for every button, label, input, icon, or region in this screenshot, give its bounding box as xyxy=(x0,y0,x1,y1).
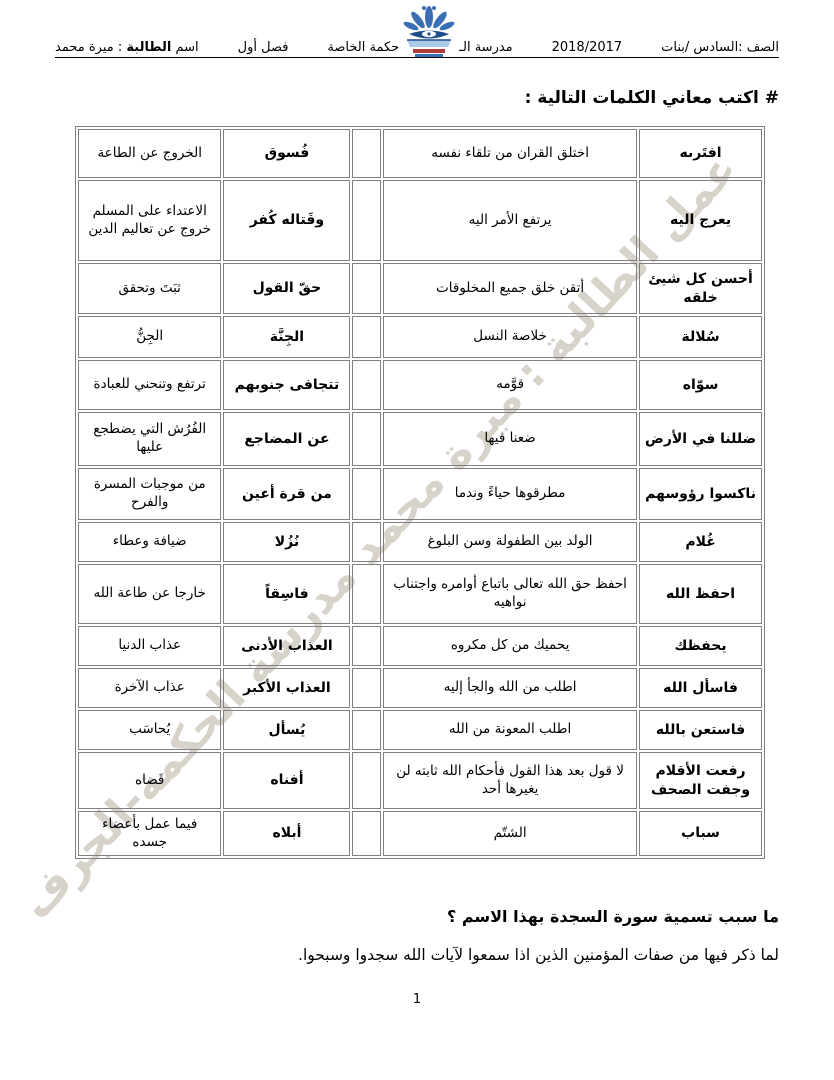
separator-cell xyxy=(352,752,381,809)
vocab-word-cell: سوّاه xyxy=(639,360,762,410)
separator-cell xyxy=(352,263,381,314)
vocab-word-cell: سُلالة xyxy=(639,316,762,358)
vocab-meaning-cell: الاعتداء على المسلم خروج عن تعاليم الدين xyxy=(78,180,221,261)
vocab-meaning-cell: الخروج عن الطاعة xyxy=(78,129,221,178)
student-label: الطالبة xyxy=(126,40,171,55)
vocab-word-cell: تتجافى جنوبهم xyxy=(223,360,350,410)
table-row: احفظ اللهاحفظ حق الله تعالى باتباع أوامر… xyxy=(78,564,762,624)
vocab-meaning-cell: قوَّمه xyxy=(383,360,637,410)
page-number: 1 xyxy=(0,992,834,1007)
worksheet-title: # اكتب معاني الكلمات التالية : xyxy=(55,88,779,108)
vocab-word-cell: حقّ القول xyxy=(223,263,350,314)
vocab-meaning-cell: عذاب الآخرة xyxy=(78,668,221,708)
vocab-table-body: افتَرىهاختلق القران من تلقاء نفسهفُسوقال… xyxy=(78,129,762,856)
vocab-word-cell: فاسأل الله xyxy=(639,668,762,708)
vocab-meaning-cell: الفُرُش التي يضطجع عليها xyxy=(78,412,221,466)
table-row: سُلالةخلاصة النسلالجِنَّةالجِنُّ xyxy=(78,316,762,358)
separator-cell xyxy=(352,668,381,708)
table-row: سوّاهقوَّمهتتجافى جنوبهمترتفع وتنحني للع… xyxy=(78,360,762,410)
table-row: يحفظكيحميك من كل مكروهالعذاب الأدنىعذاب … xyxy=(78,626,762,666)
vocab-meaning-cell: الشتّم xyxy=(383,811,637,856)
vocab-word-cell: أفناه xyxy=(223,752,350,809)
vocab-meaning-cell: ثبَتَ وتحقق xyxy=(78,263,221,314)
separator-cell xyxy=(352,522,381,562)
vocab-word-cell: ناكسوا رؤوسهم xyxy=(639,468,762,520)
vocab-word-cell: العذاب الأكبر xyxy=(223,668,350,708)
vocab-meaning-cell: الولد بين الطفولة وسن البلوغ xyxy=(383,522,637,562)
vocab-word-cell: يحفظك xyxy=(639,626,762,666)
vocab-meaning-cell: الجِنُّ xyxy=(78,316,221,358)
vocab-meaning-cell: يرتفع الأمر اليه xyxy=(383,180,637,261)
vocab-meaning-cell: لا قول بعد هذا القول فأحكام الله ثابته ل… xyxy=(383,752,637,809)
page-header: الصف :السادس /بنات 2018/2017 مدرسة الـ xyxy=(55,0,779,58)
vocab-word-cell: يُسأل xyxy=(223,710,350,750)
table-row: رفعت الأقلام وجفت الصحفلا قول بعد هذا ال… xyxy=(78,752,762,809)
vocab-word-cell: نُزُلا xyxy=(223,522,350,562)
vocab-meaning-cell: احفظ حق الله تعالى باتباع أوامره واجتناب… xyxy=(383,564,637,624)
vocab-word-cell: عن المضاجع xyxy=(223,412,350,466)
answer-text: لما ذكر فيها من صفات المؤمنين الذين اذا … xyxy=(55,946,779,964)
vocab-word-cell: سباب xyxy=(639,811,762,856)
table-row: سبابالشتّمأبلاهفيما عمل بأعضاء جسده xyxy=(78,811,762,856)
worksheet-page: عمل الطالبة : ميرة محمد مدرسة الحكمة-الج… xyxy=(0,0,834,1080)
header-semester: فصل أول xyxy=(238,40,289,57)
vocab-word-cell: العذاب الأدنى xyxy=(223,626,350,666)
vocab-meaning-cell: اختلق القران من تلقاء نفسه xyxy=(383,129,637,178)
vocab-word-cell: من قرة أعين xyxy=(223,468,350,520)
separator-cell xyxy=(352,180,381,261)
vocab-meaning-cell: أتقن خلق جميع المخلوقات xyxy=(383,263,637,314)
table-row: أحسن كل شيئ خلقهأتقن خلق جميع المخلوقاتح… xyxy=(78,263,762,314)
separator-cell xyxy=(352,710,381,750)
vocab-word-cell: افتَرىه xyxy=(639,129,762,178)
school-name-right: مدرسة الـ xyxy=(459,40,512,55)
vocab-word-cell: الجِنَّة xyxy=(223,316,350,358)
student-value: : ميرة محمد xyxy=(55,40,126,55)
table-row: فاسأل اللهاطلب من الله والجأ إليهالعذاب … xyxy=(78,668,762,708)
vocab-word-cell: احفظ الله xyxy=(639,564,762,624)
separator-cell xyxy=(352,811,381,856)
student-prefix: اسم xyxy=(171,40,198,55)
vocab-meaning-cell: اطلب من الله والجأ إليه xyxy=(383,668,637,708)
separator-cell xyxy=(352,468,381,520)
separator-cell xyxy=(352,626,381,666)
vocab-meaning-cell: فيما عمل بأعضاء جسده xyxy=(78,811,221,856)
vocab-word-cell: رفعت الأقلام وجفت الصحف xyxy=(639,752,762,809)
vocab-word-cell: أبلاه xyxy=(223,811,350,856)
school-logo-icon xyxy=(401,3,457,59)
vocab-meaning-cell: يُحاسَب xyxy=(78,710,221,750)
school-name-left: حكمة الخاصة xyxy=(327,40,399,55)
separator-cell xyxy=(352,129,381,178)
vocab-meaning-cell: مطرقوها حياءً وندما xyxy=(383,468,637,520)
vocab-word-cell: فاسِقاً xyxy=(223,564,350,624)
header-student-name: اسم الطالبة : ميرة محمد xyxy=(55,40,199,57)
vocab-word-cell: ضللنا في الأرض xyxy=(639,412,762,466)
vocab-meaning-cell: ضيافة وعطاء xyxy=(78,522,221,562)
separator-cell xyxy=(352,316,381,358)
vocab-meaning-cell: قَضاه xyxy=(78,752,221,809)
table-row: غُلامالولد بين الطفولة وسن البلوغنُزُلاض… xyxy=(78,522,762,562)
vocab-word-cell: أحسن كل شيئ خلقه xyxy=(639,263,762,314)
vocab-meaning-cell: ترتفع وتنحني للعبادة xyxy=(78,360,221,410)
table-row: ضللنا في الأرضضعنا فيهاعن المضاجعالفُرُش… xyxy=(78,412,762,466)
vocab-word-cell: وقَتاله كُفر xyxy=(223,180,350,261)
vocab-meaning-cell: ضعنا فيها xyxy=(383,412,637,466)
vocab-word-cell: فاستعن بالله xyxy=(639,710,762,750)
table-row: افتَرىهاختلق القران من تلقاء نفسهفُسوقال… xyxy=(78,129,762,178)
vocab-word-cell: يعرج اليه xyxy=(639,180,762,261)
separator-cell xyxy=(352,412,381,466)
vocab-table: افتَرىهاختلق القران من تلقاء نفسهفُسوقال… xyxy=(75,126,765,859)
vocab-meaning-cell: من موجبات المسرة والفرح xyxy=(78,468,221,520)
vocab-word-cell: فُسوق xyxy=(223,129,350,178)
table-row: يعرج اليهيرتفع الأمر اليهوقَتاله كُفرالا… xyxy=(78,180,762,261)
vocab-meaning-cell: خلاصة النسل xyxy=(383,316,637,358)
vocab-meaning-cell: يحميك من كل مكروه xyxy=(383,626,637,666)
header-school-name: مدرسة الـ xyxy=(327,3,512,57)
table-row: ناكسوا رؤوسهممطرقوها حياءً وندمامن قرة أ… xyxy=(78,468,762,520)
vocab-word-cell: غُلام xyxy=(639,522,762,562)
header-year: 2018/2017 xyxy=(552,40,623,57)
header-class-label: الصف :السادس /بنات xyxy=(661,40,779,57)
table-row: فاستعن باللهاطلب المعونة من اللهيُسأليُح… xyxy=(78,710,762,750)
separator-cell xyxy=(352,360,381,410)
vocab-meaning-cell: اطلب المعونة من الله xyxy=(383,710,637,750)
question-text: ما سبب تسمية سورة السجدة بهذا الاسم ؟ xyxy=(55,907,779,926)
separator-cell xyxy=(352,564,381,624)
vocab-meaning-cell: عذاب الدنيا xyxy=(78,626,221,666)
vocab-meaning-cell: خارجا عن طاعة الله xyxy=(78,564,221,624)
